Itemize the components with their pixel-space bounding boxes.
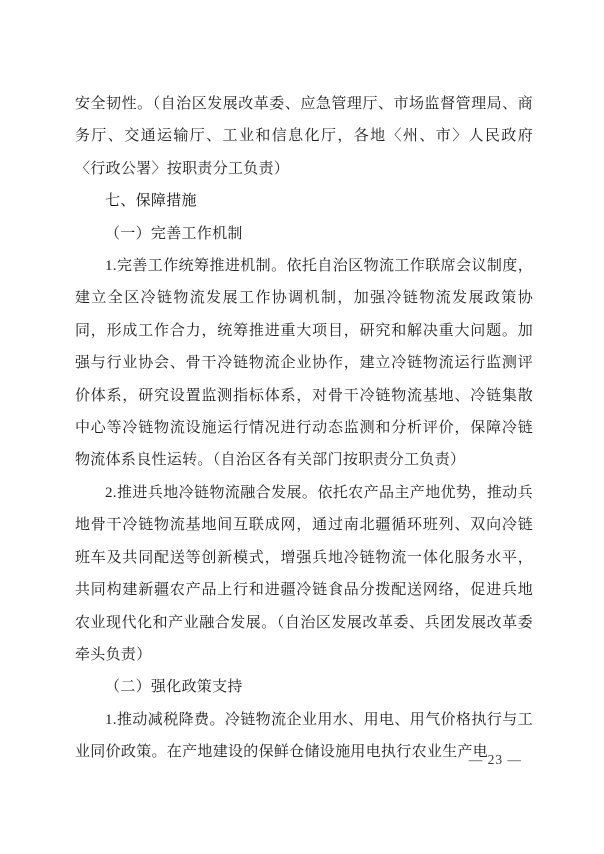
page-content: 安全韧性。（自治区发展改革委、应急管理厅、市场监督管理局、商务厅、交通运输厅、工… xyxy=(75,88,533,769)
paragraph: 1.完善工作统筹推进机制。依托自治区物流工作联席会议制度，建立全区冷链物流发展工… xyxy=(75,250,533,477)
paragraph: 1.推动减税降费。冷链物流企业用水、用电、用气价格执行与工业同价政策。在产地建设… xyxy=(75,704,533,769)
document-page: 安全韧性。（自治区发展改革委、应急管理厅、市场监督管理局、商务厅、交通运输厅、工… xyxy=(0,0,604,854)
paragraph: 2.推进兵地冷链物流融合发展。依托农产品主产地优势，推动兵地骨干冷链物流基地间互… xyxy=(75,477,533,671)
subsection-heading: （一）完善工作机制 xyxy=(75,218,533,250)
page-number: — 23 — xyxy=(469,752,522,768)
section-heading: 七、保障措施 xyxy=(75,185,533,217)
paragraph: 安全韧性。（自治区发展改革委、应急管理厅、市场监督管理局、商务厅、交通运输厅、工… xyxy=(75,88,533,185)
subsection-heading: （二）强化政策支持 xyxy=(75,671,533,703)
